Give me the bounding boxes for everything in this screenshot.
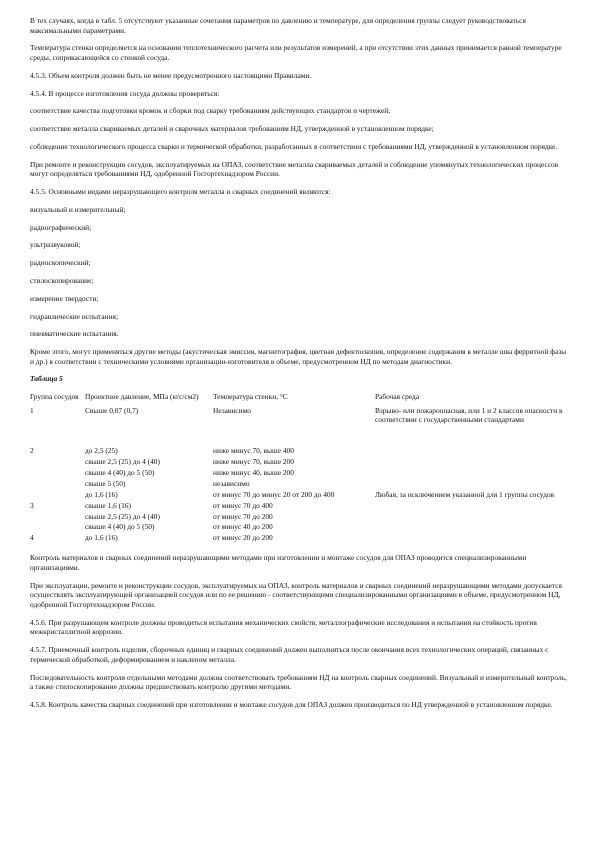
list-item: радиографический; [30,223,570,233]
column-header: Температура стенки, °С [213,392,375,406]
vessel-groups-table: Группа сосудов Проектное давление, МПа (… [30,392,570,544]
paragraph-other-methods: Кроме этого, могут применяться другие ме… [30,347,570,366]
table-caption: Таблица 5 [30,374,570,384]
column-header: Группа сосудов [30,392,85,406]
clause-4-5-3: 4.5.3. Объем контроля должен быть не мен… [30,71,570,81]
list-item: визуальный и измерительный; [30,205,570,215]
clause-4-5-5: 4.5.5. Основными видами неразрушающего к… [30,187,570,197]
document-page: В тех случаях, когда в табл. 5 отсутству… [30,16,570,718]
list-item: ультразвуковой; [30,240,570,250]
list-item: соблюдение технологического процесса сва… [30,142,570,152]
table-row: 2 до 2,5 (25) ниже минус 70, выше 400 Лю… [30,446,570,457]
paragraph-wall-temperature: Температура стенки определяется на основ… [30,43,570,62]
paragraph-control-sequence: Последовательность контроля отдельными м… [30,673,570,692]
paragraph-repair: При ремонте и реконструкции сосудов, экс… [30,160,570,179]
list-item: стилоскопирование; [30,276,570,286]
column-header: Рабочая среда [375,392,570,406]
paragraph-table-reference: В тех случаях, когда в табл. 5 отсутству… [30,16,570,35]
clause-4-5-8: 4.5.8. Контроль качества сварных соедине… [30,700,570,710]
list-item: гидравлические испытания; [30,312,570,322]
list-item: соответствие металла свариваемых деталей… [30,124,570,134]
clause-4-5-7: 4.5.7. Приемочный контроль изделия, сбор… [30,645,570,664]
clause-4-5-6: 4.5.6. При разрушающем контроле должны п… [30,618,570,637]
column-header: Проектное давление, МПа (кгс/см2) [85,392,213,406]
list-item: радиоскопический; [30,258,570,268]
table-row: 1 Свыше 0,07 (0,7) Независимо Взрыво- ил… [30,406,570,427]
paragraph-ndt-organizations: Контроль материалов и сварных соединений… [30,553,570,572]
list-item: измерение твердости; [30,294,570,304]
list-item: соответствие качества подготовки кромок … [30,106,570,116]
medium-cell: Любая, за исключением указанной для 1 гр… [375,446,570,545]
clause-4-5-4: 4.5.4. В процессе изготовления сосуда до… [30,89,570,99]
list-item: пневматические испытания. [30,329,570,339]
table-header-row: Группа сосудов Проектное давление, МПа (… [30,392,570,406]
paragraph-operation-control: При эксплуатации, ремонте и реконструкци… [30,581,570,610]
